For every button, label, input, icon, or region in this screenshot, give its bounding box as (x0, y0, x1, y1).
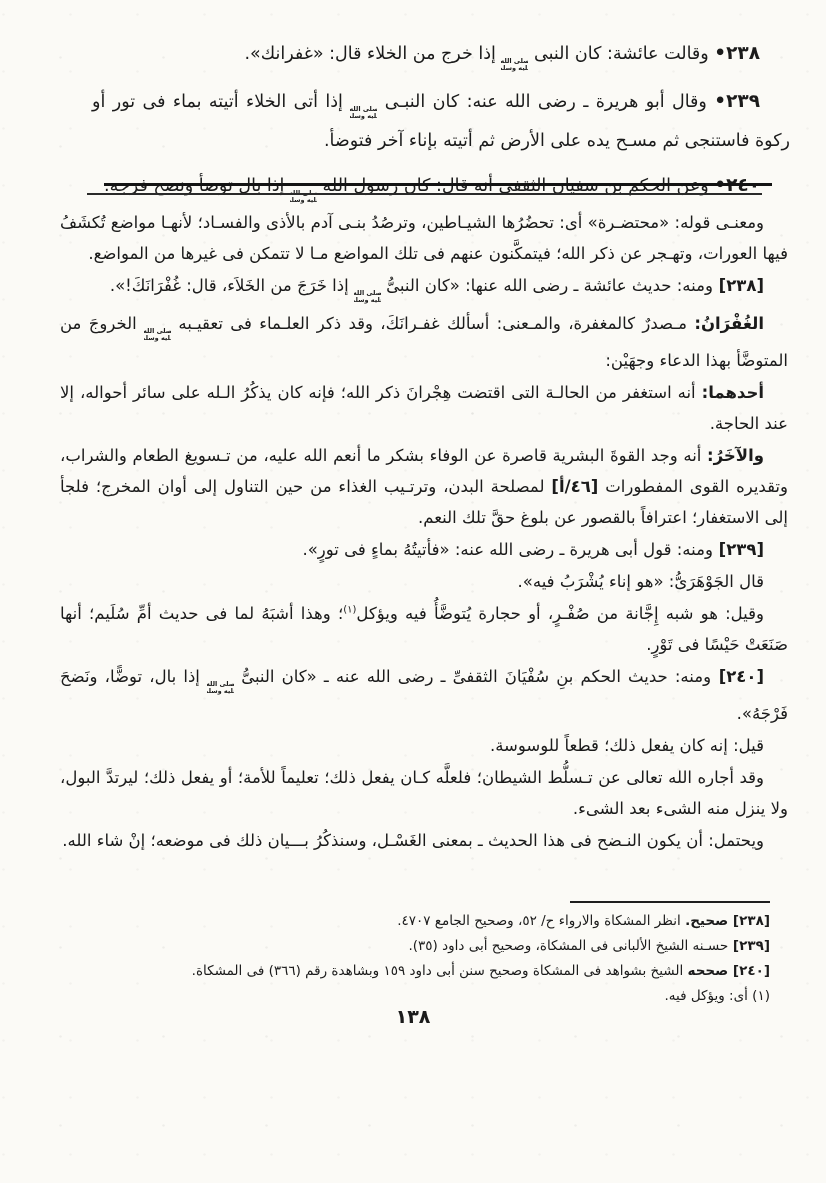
prophet-salutation-seal-icon: صلى اللهعليه وسلم (144, 325, 171, 345)
prophet-salutation-seal-icon: صلى اللهعليه وسلم (350, 103, 377, 123)
commentary-section: ومعنـى قوله: «محتضـرة» أى: تحضُرُها الشي… (60, 207, 788, 857)
commentary-paragraph-238-hadith: [٢٣٨] ومنه: حديث عائشة ـ رضى الله عنها: … (60, 270, 788, 307)
commentary-paragraph-second-reason: والآخَرُ: أنه وجد القوةَ البشرية قاصرة ع… (60, 440, 788, 533)
prophet-salutation-seal-icon: صلى اللهعليه وسلم (501, 55, 528, 75)
commentary-paragraph-ghufran: الغُفْرَانُ: مـصدرٌ كالمغفرة، والمـعنى: … (60, 308, 788, 376)
commentary-paragraph-yahtamil: ويحتمل: أن يكون النـضح فى هذا الحديث ـ ب… (60, 825, 788, 856)
commentary-paragraph-first-reason: أحدهما: أنه استغفر من الحالـة التى اقتضت… (60, 377, 788, 439)
prophet-salutation-seal-icon: صلى اللهعليه وسلم (207, 678, 234, 698)
prophet-salutation-seal-icon: صلى اللهعليه وسلم (290, 187, 317, 207)
section-divider-line-top (104, 183, 772, 186)
commentary-paragraph-240-hadith: [٢٤٠] ومنه: حديث الحكم بنِ سُفْيَانَ الث… (60, 661, 788, 729)
footnote-divider-line (570, 901, 770, 903)
commentary-paragraph-muhtadara: ومعنـى قوله: «محتضـرة» أى: تحضُرُها الشي… (60, 207, 788, 269)
footnotes-section: [٢٣٨] صحيح. انظر المشكاة والارواء ح/ ٥٢،… (50, 909, 770, 1009)
footnote-239: [٢٣٩] حسـنه الشيخ الألبانى فى المشكاة، و… (50, 934, 770, 959)
prophet-salutation-seal-icon: صلى اللهعليه وسلم (354, 287, 381, 307)
hadith-entry-239: ٢٣٩• وقال أبو هريرة ـ رضى الله عنه: كان … (92, 84, 790, 159)
page-number: ١٣٨ (0, 1006, 826, 1028)
hadith-entry-240: ٢٤٠• وعن الحكم بن سفيان الثقفى أنه قال: … (92, 168, 790, 207)
scanned-book-page: ٢٣٨• وقالت عائشة: كان النبى صلى اللهعليه… (0, 0, 826, 1183)
footnote-238: [٢٣٨] صحيح. انظر المشكاة والارواء ح/ ٥٢،… (50, 909, 770, 934)
commentary-paragraph-239-hadith: [٢٣٩] ومنه: قول أبى هريرة ـ رضى الله عنه… (60, 534, 788, 565)
commentary-paragraph-qila-tawr: وقيل: هو شبه إِجَّانة من صُفْـرٍ، أو حجا… (60, 598, 788, 660)
commentary-paragraph-taalim: وقد أجاره الله تعالى عن تـسلُّط الشيطان؛… (60, 762, 788, 824)
commentary-paragraph-qila-waswasa: قيل: إنه كان يفعل ذلك؛ قطعاً للوسوسة. (60, 730, 788, 761)
footnote-240: [٢٤٠] صححه الشيخ بشواهد فى المشكاة وصحيح… (50, 959, 770, 984)
hadith-matn-section: ٢٣٨• وقالت عائشة: كان النبى صلى اللهعليه… (92, 36, 790, 216)
hadith-entry-238: ٢٣٨• وقالت عائشة: كان النبى صلى اللهعليه… (92, 36, 790, 75)
commentary-paragraph-jawhari: قال الجَوْهَرَىُّ: «هو إناء يُشْرَبُ فيه… (60, 566, 788, 597)
section-divider-line-bottom (87, 193, 762, 195)
